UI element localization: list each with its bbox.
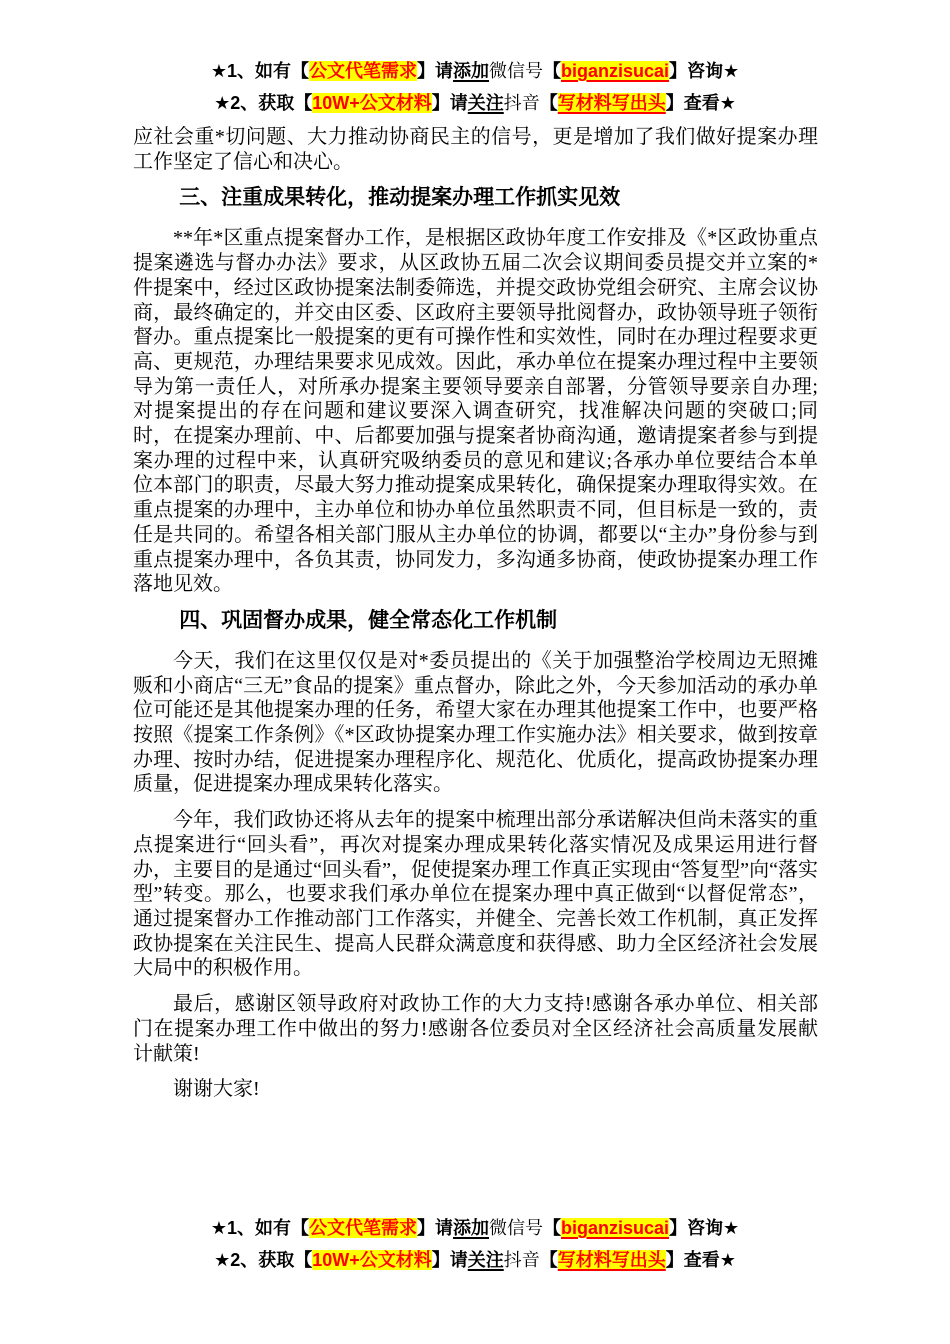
promo-highlight: 公文代笔需求 [309, 1218, 417, 1238]
promo-text: 】请 [417, 1218, 453, 1238]
promo-highlight: 公文代笔需求 [309, 61, 417, 81]
paragraph: 今年，我们政协还将从去年的提案中梳理出部分承诺解决但尚未落实的重点提案进行“回头… [133, 808, 818, 981]
section-heading-3: 三、注重成果转化，推动提案办理工作抓实见效 [133, 185, 818, 211]
promo-text: 】咨询★ [669, 61, 739, 81]
promo-text: 】请 [417, 61, 453, 81]
promo-underlined-text: 关注 [468, 1250, 504, 1270]
promo-text: 】请 [432, 1250, 468, 1270]
promo-douyin-id: 写材料写出头 [558, 93, 666, 113]
promo-underlined-text: 添加 [453, 1218, 489, 1238]
paragraph: 最后，感谢区领导政府对政协工作的大力支持!感谢各承办单位、相关部门在提案办理工作… [133, 992, 818, 1066]
document-body: 应社会重*切问题、大力推动协商民主的信号，更是增加了我们做好提案办理工作坚定了信… [133, 125, 818, 1113]
promo-footer-line-1: ★1、如有【公文代笔需求】请添加微信号【biganzisucai】咨询★ [0, 1212, 950, 1244]
promo-footer: ★1、如有【公文代笔需求】请添加微信号【biganzisucai】咨询★ ★2、… [0, 1212, 950, 1276]
promo-header: ★1、如有【公文代笔需求】请添加微信号【biganzisucai】咨询★ ★2、… [0, 55, 950, 119]
promo-text: 】查看★ [666, 1250, 736, 1270]
promo-text: ★1、如有【 [211, 61, 309, 81]
promo-text: ★1、如有【 [211, 1218, 309, 1238]
promo-text: 【 [543, 61, 561, 81]
promo-text: 微信号 [489, 61, 543, 81]
promo-highlight: 10W+公文材料 [312, 93, 432, 113]
promo-text: 【 [540, 93, 558, 113]
promo-text: 抖音 [504, 93, 540, 113]
promo-text: ★2、获取【 [214, 93, 312, 113]
document-page: ★1、如有【公文代笔需求】请添加微信号【biganzisucai】咨询★ ★2、… [0, 0, 950, 1344]
promo-header-line-2: ★2、获取【10W+公文材料】请关注抖音【写材料写出头】查看★ [0, 87, 950, 119]
promo-text: 微信号 [489, 1218, 543, 1238]
promo-highlight: 10W+公文材料 [312, 1250, 432, 1270]
promo-header-line-1: ★1、如有【公文代笔需求】请添加微信号【biganzisucai】咨询★ [0, 55, 950, 87]
section-heading-4: 四、巩固督办成果，健全常态化工作机制 [133, 608, 818, 634]
promo-wechat-id: biganzisucai [561, 1218, 669, 1238]
promo-underlined-text: 添加 [453, 61, 489, 81]
promo-text: 【 [540, 1250, 558, 1270]
promo-text: 】请 [432, 93, 468, 113]
closing-line: 谢谢大家! [133, 1077, 818, 1102]
promo-text: 【 [543, 1218, 561, 1238]
promo-text: ★2、获取【 [214, 1250, 312, 1270]
promo-text: 】咨询★ [669, 1218, 739, 1238]
promo-text: 抖音 [504, 1250, 540, 1270]
paragraph: **年*区重点提案督办工作，是根据区政协年度工作安排及《*区政协重点提案遴选与督… [133, 226, 818, 597]
promo-text: 】查看★ [666, 93, 736, 113]
promo-douyin-id: 写材料写出头 [558, 1250, 666, 1270]
paragraph: 应社会重*切问题、大力推动协商民主的信号，更是增加了我们做好提案办理工作坚定了信… [133, 125, 818, 174]
promo-underlined-text: 关注 [468, 93, 504, 113]
promo-footer-line-2: ★2、获取【10W+公文材料】请关注抖音【写材料写出头】查看★ [0, 1244, 950, 1276]
promo-wechat-id: biganzisucai [561, 61, 669, 81]
paragraph: 今天，我们在这里仅仅是对*委员提出的《关于加强整治学校周边无照摊贩和小商店“三无… [133, 649, 818, 797]
